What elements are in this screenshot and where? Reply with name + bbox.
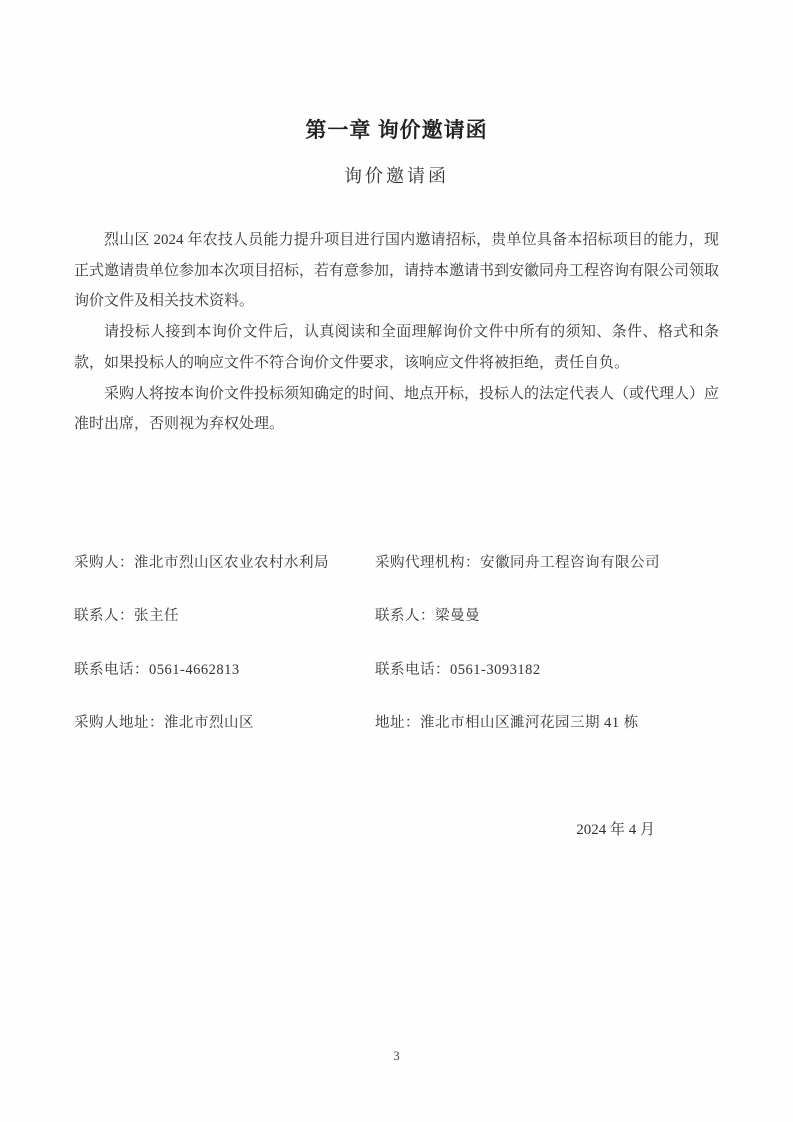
section-subtitle: 询价邀请函 (74, 163, 719, 189)
purchaser-phone-label: 联系电话： (74, 662, 149, 678)
purchaser-value: 淮北市烈山区农业农村水利局 (134, 555, 329, 571)
agency-phone-row: 联系电话：0561-3093182 (375, 662, 719, 679)
purchaser-address-row: 采购人地址：淮北市烈山区 (74, 715, 375, 732)
purchaser-phone-row: 联系电话：0561-4662813 (74, 662, 375, 679)
agency-label: 采购代理机构： (375, 555, 480, 571)
purchaser-address-value: 淮北市烈山区 (164, 715, 254, 731)
purchaser-label: 采购人： (74, 555, 134, 571)
agency-contact-person-label: 联系人： (375, 608, 435, 624)
purchaser-address-label: 采购人地址： (74, 715, 164, 731)
body-paragraphs: 烈山区 2024 年农技人员能力提升项目进行国内邀请招标，贵单位具备本招标项目的… (74, 225, 719, 440)
page-number: 3 (0, 1048, 793, 1064)
purchaser-phone-value: 0561-4662813 (149, 662, 240, 678)
purchaser-row: 采购人：淮北市烈山区农业农村水利局 (74, 555, 375, 572)
paragraph-bid-opening: 采购人将按本询价文件投标须知确定的时间、地点开标，投标人的法定代表人（或代理人）… (74, 379, 719, 440)
agency-address-value: 淮北市相山区濉河花园三期 41 栋 (420, 715, 639, 731)
purchaser-contact-person-label: 联系人： (74, 608, 134, 624)
page-content: 第一章 询价邀请函 询价邀请函 烈山区 2024 年农技人员能力提升项目进行国内… (0, 0, 793, 840)
contact-info: 采购人：淮北市烈山区农业农村水利局 联系人：张主任 联系电话：0561-4662… (74, 555, 719, 769)
document-date: 2024 年 4 月 (74, 820, 719, 840)
agency-value: 安徽同舟工程咨询有限公司 (480, 555, 660, 571)
agency-phone-value: 0561-3093182 (450, 662, 541, 678)
contact-column-purchaser: 采购人：淮北市烈山区农业农村水利局 联系人：张主任 联系电话：0561-4662… (74, 555, 375, 769)
agency-address-label: 地址： (375, 715, 420, 731)
contact-column-agency: 采购代理机构：安徽同舟工程咨询有限公司 联系人：梁曼曼 联系电话：0561-30… (375, 555, 719, 769)
paragraph-instructions: 请投标人接到本询价文件后，认真阅读和全面理解询价文件中所有的须知、条件、格式和条… (74, 317, 719, 378)
agency-row: 采购代理机构：安徽同舟工程咨询有限公司 (375, 555, 719, 572)
agency-phone-label: 联系电话： (375, 662, 450, 678)
agency-contact-person-row: 联系人：梁曼曼 (375, 608, 719, 625)
chapter-title: 第一章 询价邀请函 (74, 117, 719, 144)
paragraph-invitation: 烈山区 2024 年农技人员能力提升项目进行国内邀请招标，贵单位具备本招标项目的… (74, 225, 719, 317)
purchaser-contact-person-row: 联系人：张主任 (74, 608, 375, 625)
purchaser-contact-person-value: 张主任 (134, 608, 179, 624)
agency-address-row: 地址：淮北市相山区濉河花园三期 41 栋 (375, 715, 719, 732)
agency-contact-person-value: 梁曼曼 (435, 608, 480, 624)
document-page: 第一章 询价邀请函 询价邀请函 烈山区 2024 年农技人员能力提升项目进行国内… (0, 0, 793, 1122)
